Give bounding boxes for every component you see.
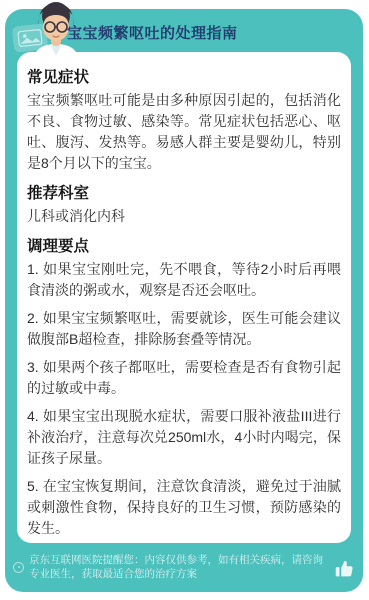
- department-heading: 推荐科室: [27, 181, 341, 203]
- department-body: 儿科或消化内科: [27, 206, 341, 227]
- content-card: 常见症状 宝宝频繁呕吐可能是由多种原因引起的，包括消化不良、食物过敏、感染等。常…: [17, 52, 351, 543]
- guide-card-page: 宝宝频繁呕吐的处理指南 常见症状 宝宝频繁呕吐可能是由多种原因引起的，包括消化不…: [0, 0, 369, 600]
- care-item: 3. 如果两个孩子都呕吐，需要检查是否有食物引起的过敏或中毒。: [27, 357, 341, 399]
- care-item: 1. 如果宝宝刚吐完，先不喂食，等待2小时后再喂食清淡的粥或水，观察是否还会呕吐…: [27, 259, 341, 301]
- care-item: 4. 如果宝宝出现脱水症状，需要口服补液盐III进行补液治疗，注意每次兑250m…: [27, 406, 341, 469]
- care-item: 2. 如果宝宝频繁呕吐，需要就诊，医生可能会建议做腹部B超检查，排除肠套叠等情况…: [27, 308, 341, 350]
- footer: 京东互联网医院提醒您：内容仅供参考，如有相关疾病，请咨询专业医生，获取最适合您的…: [13, 547, 357, 587]
- teal-shell: 宝宝频繁呕吐的处理指南 常见症状 宝宝频繁呕吐可能是由多种原因引起的，包括消化不…: [5, 9, 363, 592]
- page-title: 宝宝频繁呕吐的处理指南: [67, 22, 238, 43]
- symptoms-body: 宝宝频繁呕吐可能是由多种原因引起的，包括消化不良、食物过敏、感染等。常见症状包括…: [27, 90, 341, 174]
- disclaimer-text: 京东互联网医院提醒您：内容仅供参考，如有相关疾病，请咨询专业医生，获取最适合您的…: [29, 553, 328, 581]
- care-heading: 调理要点: [27, 234, 341, 256]
- care-item: 5. 在宝宝恢复期间，注意饮食清淡，避免过于油腻或刺激性食物，保持良好的卫生习惯…: [27, 476, 341, 539]
- header: 宝宝频繁呕吐的处理指南: [5, 9, 363, 52]
- symptoms-heading: 常见症状: [27, 65, 341, 87]
- thumbs-up-icon[interactable]: [333, 554, 357, 580]
- info-circle-icon: [13, 562, 24, 573]
